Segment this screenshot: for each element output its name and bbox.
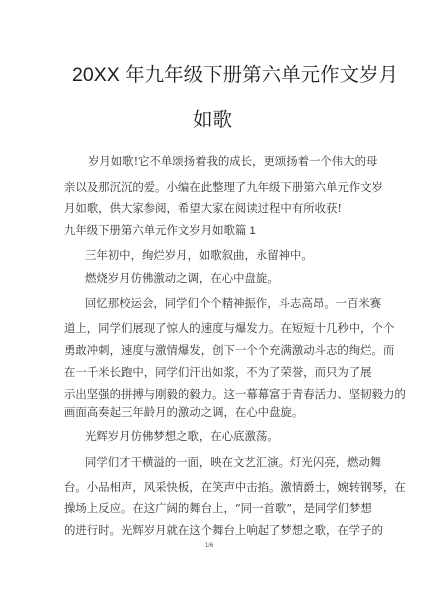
body-text-line: 的进行时。光辉岁月就在这个舞台上响起了梦想之歌，在学子的: [64, 523, 383, 537]
body-text-line: 操场上反应。在这广阔的舞台上，“同一首歌”，是同学们梦想: [64, 501, 372, 515]
section-heading: 九年级下册第六单元作文岁月如歌篇 1: [64, 224, 256, 238]
body-text-line: 三年初中，绚烂岁月，如歌叙曲，永留神中。: [85, 248, 313, 262]
body-text-line: 画面高奏起三年龄月的激动之调，在心中盘旋。: [64, 405, 303, 419]
body-text-line: 月如歌，供大家参阅，希望大家在阅读过程中有所收获!: [64, 201, 342, 215]
body-text-line: 示出坚强的拼搏与刚毅的毅力。这一幕幕富于青春活力、坚韧毅力的: [64, 387, 406, 401]
body-text-line: 亲以及那沉沉的爱。小编在此整理了九年级下册第六单元作文岁: [64, 180, 383, 194]
body-text-line: 光辉岁月仿佛梦想之歌，在心底激荡。: [85, 429, 279, 443]
page-number: 1/6: [205, 543, 213, 549]
body-text-line: 台。小品相声，风采快板，在笑声中击掐。激情爵士，婉转钢琴，在: [64, 480, 406, 494]
body-text-line: 在一千米长跑中，同学们汗出如浆，不为了荣誉，而只为了展: [64, 365, 372, 379]
document-title-line-2: 如歌: [193, 108, 232, 132]
body-text-line: 岁月如歌!它不单颂扬着我的成长，更颂扬着一个伟大的母: [88, 154, 377, 168]
body-text-line: 回忆那校运会，同学们个个精神振作，斗志高昂。一百米赛: [85, 296, 381, 310]
body-text-line: 勇敢冲刺，速度与激情爆发，创下一个个充满激动斗志的绚烂。而: [64, 343, 394, 357]
document-title-line-1: 20XX 年九年级下册第六单元作文岁月: [72, 63, 398, 87]
body-text-line: 道上，同学们展现了惊人的速度与爆发力。在短短十几秒中，个个: [64, 321, 394, 335]
body-text-line: 燃烧岁月仿佛激动之调，在心中盘旋。: [85, 271, 279, 285]
body-text-line: 同学们才干横溢的一面，映在文艺汇演。灯光闪亮，燃动舞: [85, 455, 381, 469]
